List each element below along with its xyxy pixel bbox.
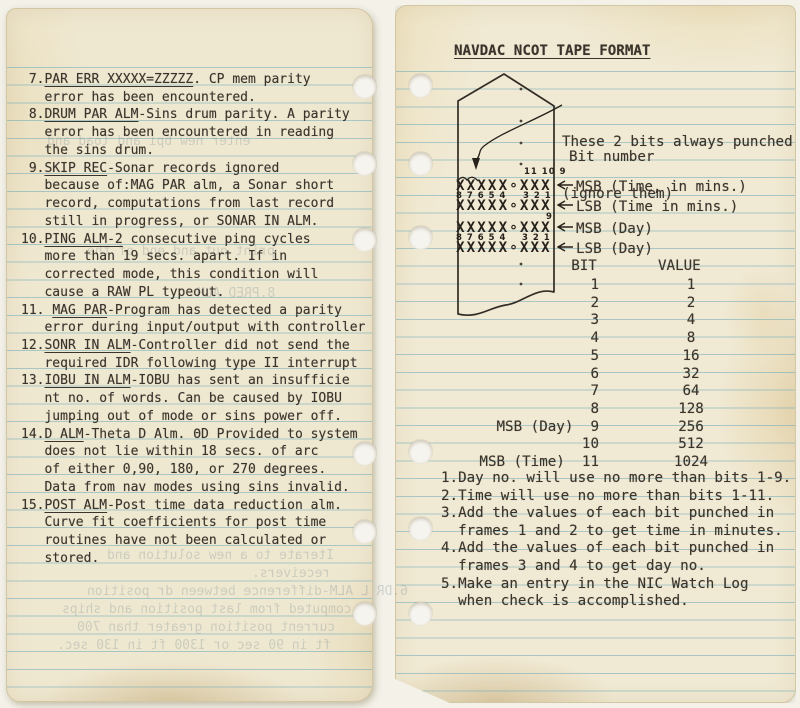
table-row: 48 (396, 330, 795, 348)
typed-line: cause a RAW PL typeout. (21, 284, 365, 302)
typed-line: nt no. of words. Can be caused by IOBU (21, 390, 365, 408)
page-title: NAVDAC NCOT TAPE FORMAT (454, 43, 650, 59)
callout-arrow-icon (472, 105, 562, 170)
note-line: 3.Add the values of each bit punched in (441, 505, 791, 523)
punch-hole (353, 602, 376, 625)
ghost-line: ft in 90 sec or 1300 ft in 130 sec. (57, 638, 331, 653)
note-line: 1.Day no. will use no more than bits 1-9… (441, 470, 791, 488)
typed-line: 14.D ALM-Theta D Alm. ΘD Provided to sys… (21, 426, 365, 444)
table-row: 10512 (396, 436, 795, 454)
handwritten-bits: 8 7 6 5 4 (456, 191, 506, 201)
typed-line: required IDR following type II interrupt (21, 355, 365, 373)
table-row: 764 (396, 383, 795, 401)
bit-number-label: Bit number (569, 149, 654, 165)
table-row: 11 (396, 277, 795, 295)
punch-hole (353, 442, 376, 465)
tape-row-label: LSB (Day) (576, 241, 653, 257)
typed-line: 10.PING ALM-2 consecutive ping cycles (21, 231, 365, 249)
ghost-line: 6.DR L ALM-difference between dr positio… (87, 584, 408, 599)
tape-row-label: MSB (Time, in mins.) (576, 179, 747, 195)
typed-line: 9.SKIP REC-Sonar records ignored (21, 160, 365, 178)
right-page: NAVDAC NCOT TAPE FORMAT These 2 bit (395, 5, 796, 703)
typed-line: 8.DRUM PAR ALM-Sins drum parity. A parit… (21, 106, 365, 124)
typed-line: 7.PAR ERR XXXXX=ZZZZZ. CP mem parity (21, 71, 365, 89)
table-header-value: VALUE (658, 258, 701, 274)
punch-hole (353, 228, 376, 251)
typed-line: 13.IOBU IN ALM-IOBU has sent an insuffic… (21, 372, 365, 390)
handwritten-bits: 3 2 1 (523, 191, 552, 201)
typed-line: 15.POST ALM-Post time data reduction alm… (21, 497, 365, 515)
punch-hole (353, 152, 376, 175)
handwritten-bits: 8 7 6 5 4 (456, 233, 506, 243)
ghost-line: current position greater than 700 (77, 620, 335, 635)
note-line: when check is accomplished. (441, 593, 791, 611)
typed-line: error has been encountered in reading (21, 124, 365, 142)
typed-line: the sins drum. (21, 142, 365, 160)
punch-hole (409, 152, 432, 175)
ghost-line: receivers. (252, 566, 330, 581)
ghost-line: computed from last position and ships (62, 602, 352, 617)
table-header-bit: BIT (564, 258, 604, 274)
notes-list: 1.Day no. will use no more than bits 1-9… (441, 470, 791, 611)
handwritten-bits: 9 (546, 212, 553, 222)
typed-line: error during input/output with controlle… (21, 319, 365, 337)
callout-text: These 2 bits always punched (ignore them… (562, 100, 793, 238)
punch-hole (409, 74, 432, 97)
left-typed-text: 7.PAR ERR XXXXX=ZZZZZ. CP mem parity err… (21, 71, 365, 568)
typed-line: routines have not been calculated or (21, 532, 365, 550)
typed-line: 11. MAG PAR-Program has detected a parit… (21, 302, 365, 320)
punch-hole (409, 226, 432, 249)
note-line: 2.Time will use no more than bits 1-11. (441, 488, 791, 506)
typed-line: more than 19 secs. apart. If in (21, 248, 365, 266)
typed-line: of either 0,90, 180, or 270 degrees. (21, 461, 365, 479)
table-row: 22 (396, 295, 795, 313)
punch-hole (409, 602, 432, 625)
note-line: 4.Add the values of each bit punched in (441, 540, 791, 558)
typed-line: 12.SONR IN ALM-Controller did not send t… (21, 337, 365, 355)
tape-row-label: MSB (Day) (576, 221, 653, 237)
typed-line: stored. (21, 550, 365, 568)
table-row: 8128 (396, 401, 795, 419)
punch-hole (409, 517, 432, 540)
typed-line: Curve fit coefficients for post time (21, 514, 365, 532)
table-row: 34 (396, 312, 795, 330)
typed-line: does not lie within 18 secs. of arc (21, 443, 365, 461)
tape-row-label: LSB (Time in mins.) (576, 199, 738, 215)
typed-line: jumping out of mode or sins power off. (21, 408, 365, 426)
punch-hole (353, 520, 376, 543)
typed-line: error has been encountered. (21, 89, 365, 107)
handwritten-bits: 3 2 1 (522, 233, 551, 243)
note-line: frames 1 and 2 to get time in minutes. (441, 523, 791, 541)
table-row: 632 (396, 366, 795, 384)
scanned-notebook-pages: enter new bpi and load andprint out and … (0, 0, 800, 708)
typed-line: record, computations from last record (21, 195, 365, 213)
note-line: 5.Make an entry in the NIC Watch Log (441, 576, 791, 594)
note-line: frames 3 and 4 to get day no. (441, 558, 791, 576)
typed-line: corrected mode, this condition will (21, 266, 365, 284)
left-page: enter new bpi and load andprint out and … (6, 8, 373, 702)
punch-hole (353, 75, 376, 98)
handwritten-bits: 11 10 9 (524, 167, 567, 177)
punch-hole (409, 440, 432, 463)
table-row: 516 (396, 348, 795, 366)
typed-line: Data from nav modes using sins invalid. (21, 479, 365, 497)
typed-line: still in progress, or SONAR IN ALM. (21, 213, 365, 231)
typed-line: because of:MAG PAR alm, a Sonar short (21, 177, 365, 195)
table-row: MSB (Day) 9256 (396, 419, 795, 437)
